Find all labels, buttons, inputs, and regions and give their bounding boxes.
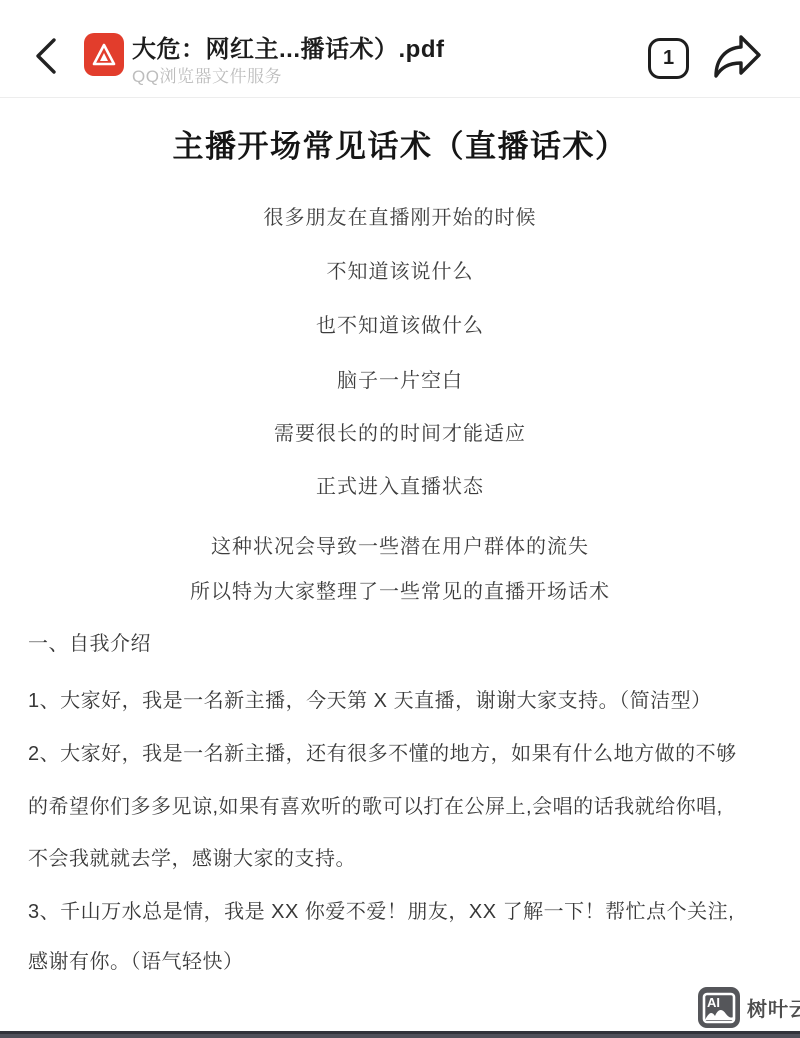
share-button[interactable] [710, 33, 766, 83]
page-count-value: 1 [663, 47, 674, 70]
watermark-label: 树叶云 [747, 993, 800, 1022]
body-line: 3、千山万水总是情，我是 XX 你爱不爱！朋友，XX 了解一下！帮忙点个关注, [28, 895, 782, 924]
summary-line: 所以特为大家整理了一些常见的直播开场话术 [0, 575, 800, 604]
centered-line: 正式进入直播状态 [0, 470, 800, 499]
summary-line: 这种状况会导致一些潜在用户群体的流失 [0, 530, 800, 559]
body-line: 感谢有你。（语气轻快） [28, 945, 782, 974]
page-count-button[interactable]: 1 [648, 38, 689, 79]
centered-line: 需要很长的的时间才能适应 [0, 417, 800, 446]
body-line: 不会我就就去学，感谢大家的支持。 [28, 842, 782, 871]
watermark: AI 树叶云 [698, 987, 800, 1028]
back-button[interactable] [30, 38, 62, 78]
body-line: 2、大家好，我是一名新主播，还有很多不懂的地方，如果有什么地方做的不够 [28, 737, 782, 766]
ai-image-icon: AI [698, 987, 740, 1028]
share-arrow-icon [712, 33, 764, 84]
page-bottom-edge [0, 1031, 800, 1038]
document-title: 主播开场常见话术（直播话术） [0, 121, 800, 166]
file-title: 大危：网红主...播话术）.pdf [132, 29, 444, 64]
file-source-label: QQ浏览器文件服务 [132, 62, 282, 87]
centered-line: 也不知道该做什么 [0, 309, 800, 338]
pdf-file-icon [84, 33, 124, 76]
chevron-left-icon [34, 37, 58, 80]
svg-text:AI: AI [707, 995, 720, 1010]
body-line: 的希望你们多多见谅,如果有喜欢听的歌可以打在公屏上,会唱的话我就给你唱, [28, 790, 782, 819]
centered-line: 很多朋友在直播刚开始的时候 [0, 201, 800, 230]
centered-line: 不知道该说什么 [0, 255, 800, 284]
centered-line: 脑子一片空白 [0, 364, 800, 393]
body-line: 1、大家好，我是一名新主播，今天第 X 天直播，谢谢大家支持。（简洁型） [28, 684, 782, 713]
file-viewer-header: 大危：网红主...播话术）.pdf QQ浏览器文件服务 1 [0, 0, 800, 98]
section-heading: 一、自我介绍 [28, 627, 782, 656]
